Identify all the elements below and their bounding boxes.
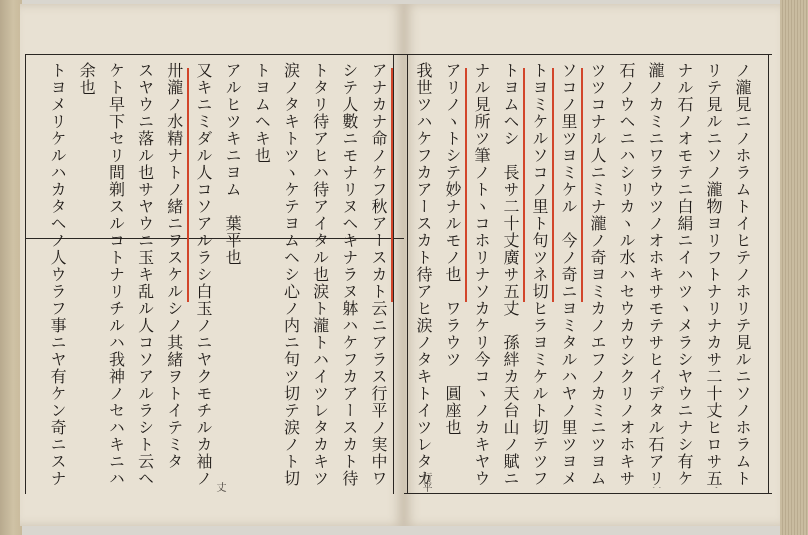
text-column: トヨメリケルハカタヘノ人ウラフ事ニヤ有ケン奇ニスナヤ xyxy=(44,62,73,488)
text-column: トヨムヘキ也 xyxy=(248,62,277,488)
text-column: トヨムヘシ 長サ二十丈廣サ五丈 孫絆カ天台山ノ賦ニアヤウ xyxy=(497,62,526,488)
right-page: ノ瀧見ニノホラムトイヒテノホリテ見ルニソノホラムトイヒテノボリテ リテ見ルニソノ… xyxy=(404,4,780,526)
text-column: 我世ツハケフカアースカト待アヒ涙ノタキトイツレタカケン xyxy=(410,62,439,488)
book-edge-right xyxy=(780,0,808,535)
text-column: 瀧ノカミニワラウツノオホキサモテサヒイデタル石アリ其 xyxy=(642,62,671,488)
text-column: トヨミケルソコノ里ト句ツネ切ヒラヨミケルト切テツフ里 xyxy=(526,62,555,488)
text-column: リテ見ルニソノ瀧物ヨリフトナリナカサ二十丈ヒロサ五丈バカリ xyxy=(700,62,729,488)
text-column: 石ノウヘニハシリカヽル水ハセウカウシクリノオホキサミテコ土方 xyxy=(613,62,642,488)
text-column: ナル石ノオモテニ白絹ニイハツヽメラシヤウニナシ有ケルサル xyxy=(671,62,700,488)
text-column: ソコノ里ツヨミケル 今ノ奇ニヨミタルハヤノ里ツヨメル也 xyxy=(555,62,584,488)
text-column: ケト早下セリ間剃スルコトナリチルハ我神ノセハキニハヽる xyxy=(102,62,131,488)
text-column: ノ瀧見ニノホラムトイヒテノホリテ見ルニソノホラムトイヒテノボリテ xyxy=(729,62,758,488)
ruled-line xyxy=(768,54,769,494)
text-column: ナル見所ツ筆ノトヽコホリナソカケリ今コヽノカキヤウモ xyxy=(468,62,497,488)
folio-mark: 行平 xyxy=(418,472,433,492)
text-columns: ノ瀧見ニノホラムトイヒテノホリテ見ルニソノホラムトイヒテノボリテ リテ見ルニソノ… xyxy=(410,62,758,488)
text-column: スヤウニ落ル也サヤウニ玉キ乱ル人コソアルラシト云ヘ下句ハ xyxy=(131,62,160,488)
folio-mark: 丈 xyxy=(212,482,227,492)
text-column: アナカナ命ノケフ秋アースカト云ニアラス行平ノ実中ワメラヒ xyxy=(365,62,394,488)
text-column: 卅瀧ノ水精ナトノ緒ニヲスケルシノ其緒ヲトイテミタ xyxy=(161,62,190,488)
text-column: アルヒツキニヨム 葉平也 xyxy=(219,62,248,488)
text-column: アリノヽトシテ妙ナルモノ也 ワラウツ 圓座也 xyxy=(439,62,468,488)
ruled-line xyxy=(407,54,408,494)
text-column: シテ人數ニモナリヌヘキナラヌ躰ハケフカアースカト待ヤウナリ xyxy=(336,62,365,488)
left-page: アナカナ命ノケフ秋アースカト云ニアラス行平ノ実中ワメラヒ シテ人數ニモナリヌヘキ… xyxy=(20,4,404,526)
text-column: 余也 xyxy=(73,62,102,488)
text-column: 涙ノタキトツヽケテヨムヘシ心ノ内ニ句ツ切テ涙ノト切テ瀧 xyxy=(277,62,306,488)
text-column: 又キニミダル人コソアルラシ白玉ノニヤクモチルカ袖ノセハサニ xyxy=(190,62,219,488)
text-columns: アナカナ命ノケフ秋アースカト云ニアラス行平ノ実中ワメラヒ シテ人數ニモナリヌヘキ… xyxy=(44,62,394,488)
book-spread: アナカナ命ノケフ秋アースカト云ニアラス行平ノ実中ワメラヒ シテ人數ニモナリヌヘキ… xyxy=(0,0,808,535)
ruled-line xyxy=(25,54,26,494)
text-column: トタリ待アヒハ待アイタル也涙ト瀧トハイツレタカキツトタリ xyxy=(306,62,335,488)
text-column: ツツコナル人ニミナ瀧ノ奇ヨミカノエフノカミニツヨム xyxy=(584,62,613,488)
book-edge-left xyxy=(0,0,22,535)
